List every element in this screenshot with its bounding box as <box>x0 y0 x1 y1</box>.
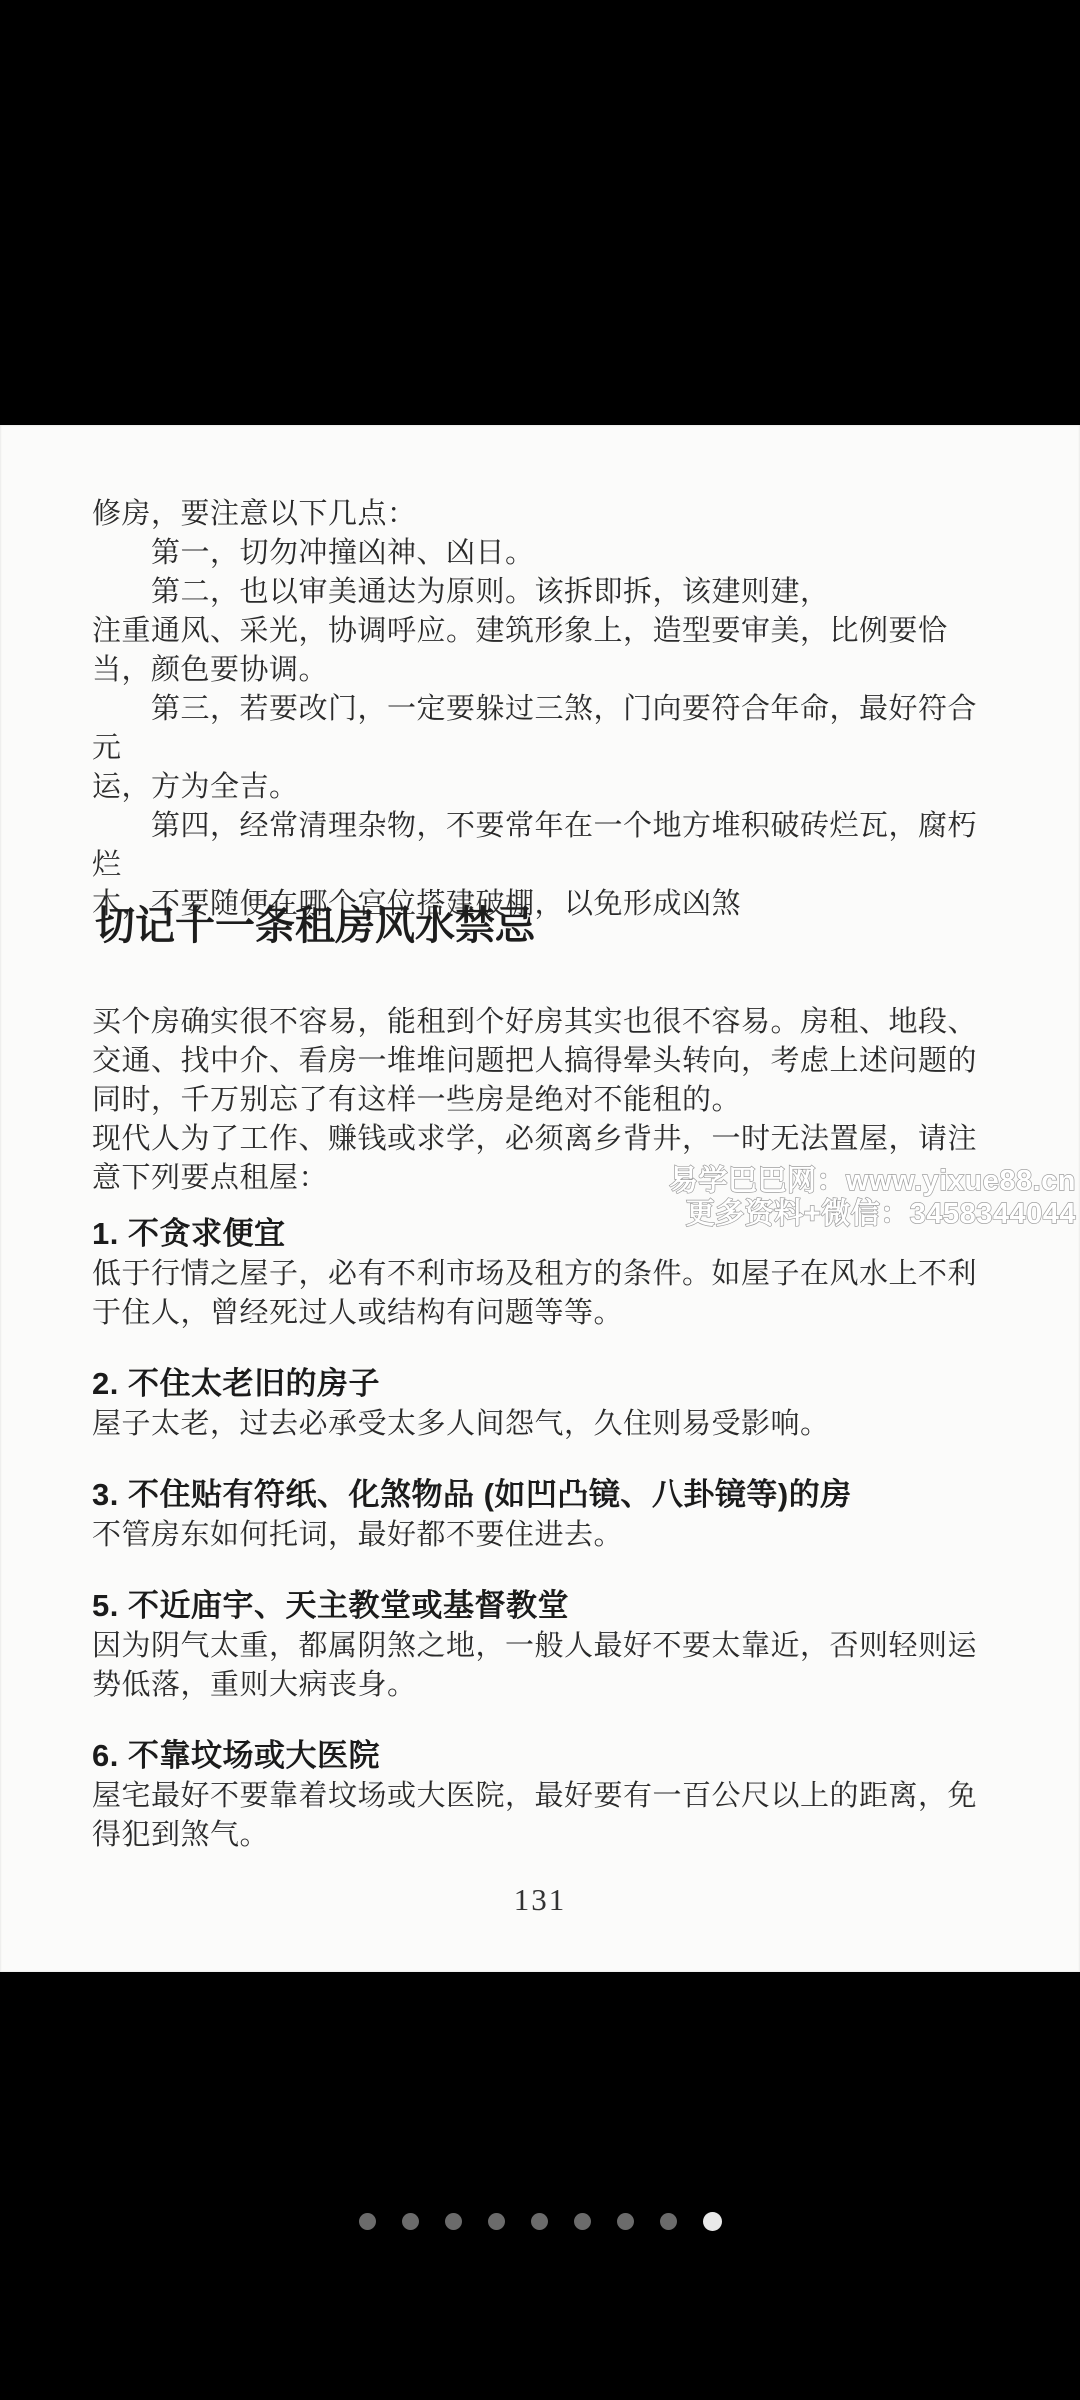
list-item: 5. 不近庙宇、天主教堂或基督教堂 因为阴气太重，都属阴煞之地，一般人最好不要太… <box>92 1585 997 1705</box>
item-heading: 6. 不靠坟场或大医院 <box>92 1735 997 1777</box>
text-line: 买个房确实很不容易，能租到个好房其实也很不容易。房租、地段、 <box>92 1003 997 1042</box>
page-indicator-dot[interactable] <box>359 2213 376 2230</box>
item-heading: 5. 不近庙宇、天主教堂或基督教堂 <box>92 1585 997 1627</box>
page-indicator-dot[interactable] <box>660 2213 677 2230</box>
page-indicator-dot[interactable] <box>402 2213 419 2230</box>
text-line: 因为阴气太重，都属阴煞之地，一般人最好不要太靠近，否则轻则运 <box>92 1627 997 1666</box>
text-line: 低于行情之屋子，必有不利市场及租方的条件。如屋子在风水上不利 <box>92 1255 997 1294</box>
text-line: 于住人，曾经死过人或结构有问题等等。 <box>92 1294 997 1333</box>
text-line: 修房，要注意以下几点： <box>92 495 997 534</box>
intro-paragraphs: 修房，要注意以下几点： 第一，切勿冲撞凶神、凶日。 第二，也以审美通达为原则。该… <box>92 495 997 924</box>
list-item: 3. 不住贴有符纸、化煞物品 (如凹凸镜、八卦镜等)的房 不管房东如何托词，最好… <box>92 1474 997 1555</box>
page-indicator-dot[interactable] <box>531 2213 548 2230</box>
text-line: 第三，若要改门，一定要躲过三煞，门向要符合年命，最好符合元 <box>92 690 997 768</box>
text-line: 屋子太老，过去必承受太多人间怨气，久住则易受影响。 <box>92 1405 997 1444</box>
text-line: 第一，切勿冲撞凶神、凶日。 <box>92 534 997 573</box>
text-line: 现代人为了工作、赚钱或求学，必须离乡背井，一时无法置屋，请注 <box>92 1120 997 1159</box>
text-line: 注重通风、采光，协调呼应。建筑形象上，造型要审美，比例要恰 <box>92 612 997 651</box>
text-line: 不管房东如何托词，最好都不要住进去。 <box>92 1516 997 1555</box>
text-line: 交通、找中介、看房一堆堆问题把人搞得晕头转向，考虑上述问题的 <box>92 1042 997 1081</box>
item-heading: 1. 不贪求便宜 <box>92 1213 997 1255</box>
item-heading: 3. 不住贴有符纸、化煞物品 (如凹凸镜、八卦镜等)的房 <box>92 1474 997 1516</box>
section-title: 切记十一条租房风水禁忌 <box>95 901 535 951</box>
page-indicator <box>0 2204 1080 2238</box>
screen: 修房，要注意以下几点： 第一，切勿冲撞凶神、凶日。 第二，也以审美通达为原则。该… <box>0 0 1080 2400</box>
page-indicator-dot[interactable] <box>488 2213 505 2230</box>
text-line: 得犯到煞气。 <box>92 1816 997 1855</box>
watermark-line-1: 易学巴巴网：www.yixue88.cn <box>669 1165 1076 1198</box>
text-line: 第四，经常清理杂物，不要常年在一个地方堆积破砖烂瓦，腐朽烂 <box>92 807 997 885</box>
rule-list: 1. 不贪求便宜 低于行情之屋子，必有不利市场及租方的条件。如屋子在风水上不利 … <box>92 1213 997 1885</box>
text-line: 第二，也以审美通达为原则。该拆即拆，该建则建， <box>92 573 997 612</box>
text-line: 运，方为全吉。 <box>92 768 997 807</box>
page-indicator-dot[interactable] <box>574 2213 591 2230</box>
list-item: 2. 不住太老旧的房子 屋子太老，过去必承受太多人间怨气，久住则易受影响。 <box>92 1363 997 1444</box>
list-item: 6. 不靠坟场或大医院 屋宅最好不要靠着坟场或大医院，最好要有一百公尺以上的距离… <box>92 1735 997 1855</box>
text-line: 屋宅最好不要靠着坟场或大医院，最好要有一百公尺以上的距离，免 <box>92 1777 997 1816</box>
page-number: 131 <box>0 1880 1080 1920</box>
text-line: 势低落，重则大病丧身。 <box>92 1666 997 1705</box>
text-line: 当，颜色要协调。 <box>92 651 997 690</box>
page-indicator-dot[interactable] <box>617 2213 634 2230</box>
document-page[interactable]: 修房，要注意以下几点： 第一，切勿冲撞凶神、凶日。 第二，也以审美通达为原则。该… <box>0 425 1080 1972</box>
list-item: 1. 不贪求便宜 低于行情之屋子，必有不利市场及租方的条件。如屋子在风水上不利 … <box>92 1213 997 1333</box>
page-indicator-dot-active[interactable] <box>703 2212 722 2231</box>
text-line: 同时，千万别忘了有这样一些房是绝对不能租的。 <box>92 1081 997 1120</box>
item-heading: 2. 不住太老旧的房子 <box>92 1363 997 1405</box>
page-indicator-dot[interactable] <box>445 2213 462 2230</box>
